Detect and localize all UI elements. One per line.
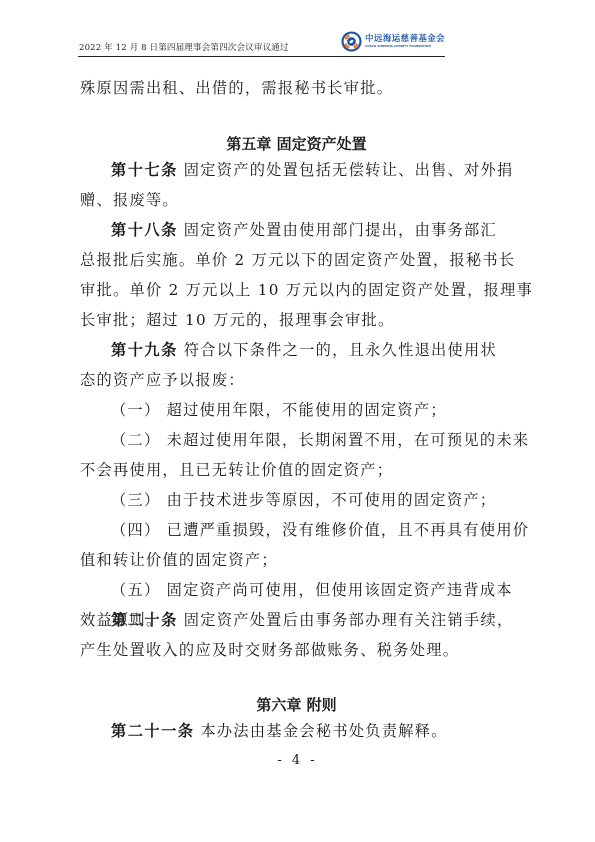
foundation-logo: 中远海运慈善基金会 COSCO SHIPPING CHARITY FOUNDAT… [341,29,445,53]
approval-note: 2022 年 12 月 8 日第四届理事会第四次会议审议通过 [79,41,289,53]
article-21-label: 第二十一条 [111,722,194,740]
article-19-item-2-line-1: （二） 未超过使用年限，长期闲置不用，在可预见的未来 [80,425,513,455]
article-19-item-1: （一） 超过使用年限，不能使用的固定资产； [80,395,513,425]
article-18: 第十八条固定资产处置由使用部门提出，由事务部汇 总报批后实施。单价 2 万元以下… [80,215,513,335]
article-19-line-1: 第十九条符合以下条件之一的，且永久性退出使用状 [80,335,513,365]
article-19-item-3: （三） 由于技术进步等原因，不可使用的固定资产； [80,485,513,515]
article-19-line-2: 态的资产应予以报废： [80,365,513,395]
article-17-line-2: 赠、报废等。 [80,185,513,215]
article-19-label: 第十九条 [111,341,178,359]
article-18-line-4: 长审批；超过 10 万元的，报理事会审批。 [80,305,513,335]
article-20-label: 第二十条 [111,611,178,629]
chapter-5-title: 第五章 固定资产处置 [80,134,513,154]
article-19-item-4-line-1: （四） 已遭严重损毁，没有维修价值，且不再具有使用价 [80,515,513,545]
article-19-item-5-line-1: （五） 固定资产尚可使用，但使用该固定资产违背成本 [80,575,513,605]
logo-name-cn: 中远海运慈善基金会 [365,34,445,42]
article-19-item-4-line-2: 值和转让价值的固定资产； [80,545,513,575]
article-18-line-3: 审批。单价 2 万元以上 10 万元以内的固定资产处置，报理事 [80,275,513,305]
page-header: 2022 年 12 月 8 日第四届理事会第四次会议审议通过 中远海运慈善基金会… [78,30,445,57]
logo-wordmark: 中远海运慈善基金会 COSCO SHIPPING CHARITY FOUNDAT… [365,34,445,47]
article-20: 第二十条固定资产处置后由事务部办理有关注销手续， 产生处置收入的应及时交财务部做… [80,605,513,665]
article-19-item-2-line-2: 不会再使用，且已无转让价值的固定资产； [80,455,513,485]
continuation-line: 殊原因需出租、出借的，需报秘书长审批。 [80,73,513,103]
article-17-label: 第十七条 [111,161,178,179]
article-18-line-1: 第十八条固定资产处置由使用部门提出，由事务部汇 [80,215,513,245]
article-20-line-2: 产生处置收入的应及时交财务部做账务、税务处理。 [80,635,513,665]
article-21-line-1: 第二十一条本办法由基金会秘书处负责解释。 [80,716,513,746]
page-number: - 4 - [0,753,595,768]
article-18-line-2: 总报批后实施。单价 2 万元以下的固定资产处置，报秘书长 [80,245,513,275]
chapter-6-title: 第六章 附则 [80,695,513,715]
article-20-line-1: 第二十条固定资产处置后由事务部办理有关注销手续， [80,605,513,635]
logo-name-en: COSCO SHIPPING CHARITY FOUNDATION [365,45,445,48]
cosco-globe-logo-icon [341,31,362,52]
article-17: 第十七条固定资产的处置包括无偿转让、出售、对外捐 赠、报废等。 [80,155,513,215]
article-18-label: 第十八条 [111,221,178,239]
article-17-line-1: 第十七条固定资产的处置包括无偿转让、出售、对外捐 [80,155,513,185]
article-19: 第十九条符合以下条件之一的，且永久性退出使用状 态的资产应予以报废： （一） 超… [80,335,513,635]
article-21: 第二十一条本办法由基金会秘书处负责解释。 [80,716,513,746]
